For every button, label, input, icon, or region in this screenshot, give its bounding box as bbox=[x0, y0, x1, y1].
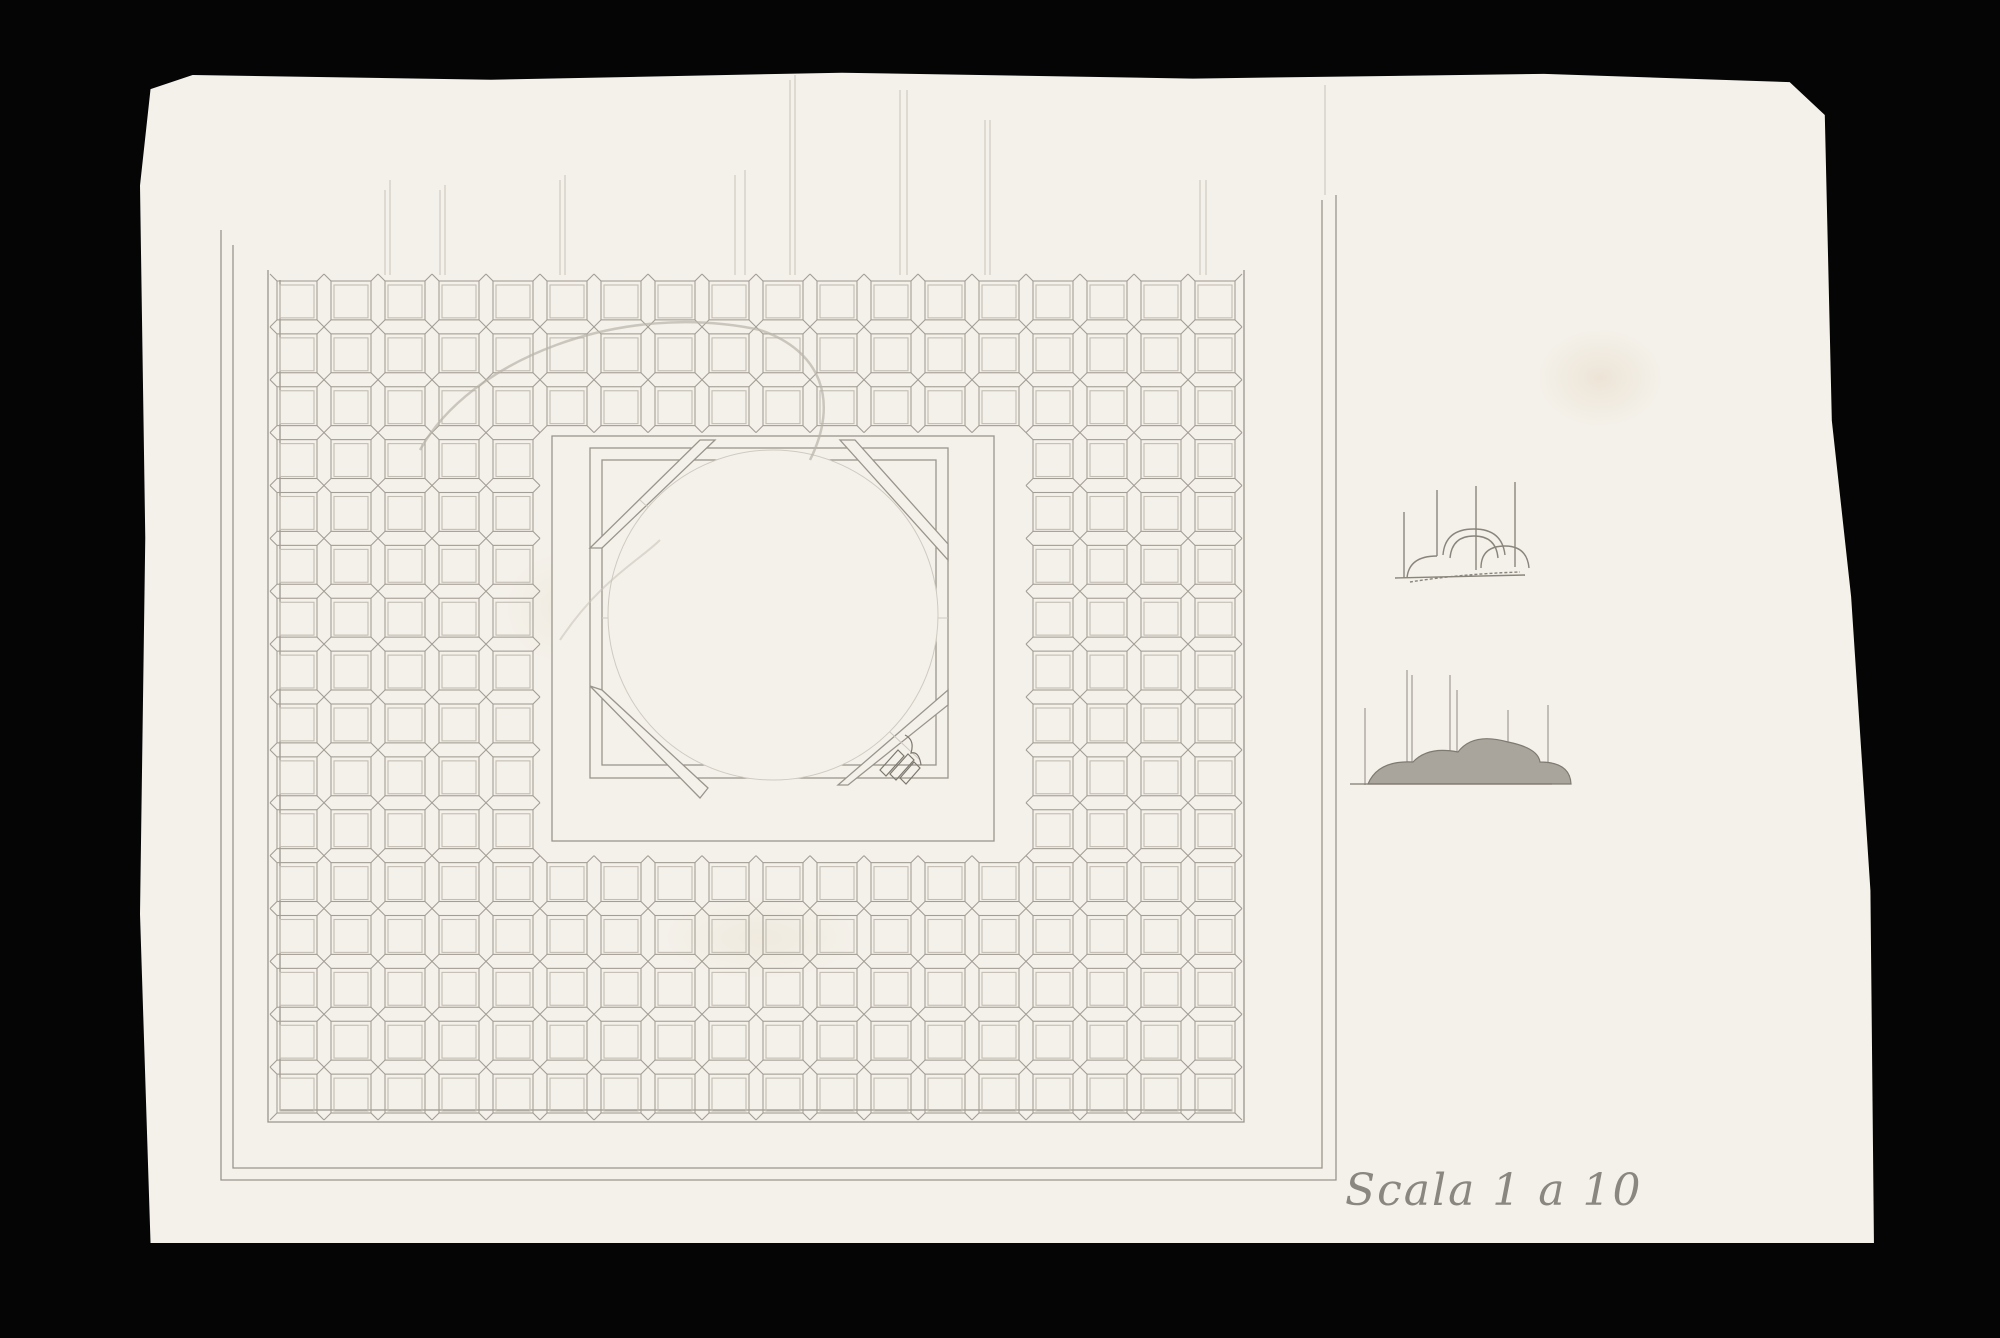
central-panel bbox=[552, 436, 994, 841]
ceiling-plan-drawing bbox=[0, 0, 2000, 1338]
extension-lines bbox=[385, 75, 1325, 275]
scale-inscription: Scala 1 a 10 bbox=[1345, 1165, 1643, 1216]
dome-elevation-shaded-sketch bbox=[1350, 670, 1571, 785]
dome-elevation-outline-sketch bbox=[1395, 482, 1529, 582]
